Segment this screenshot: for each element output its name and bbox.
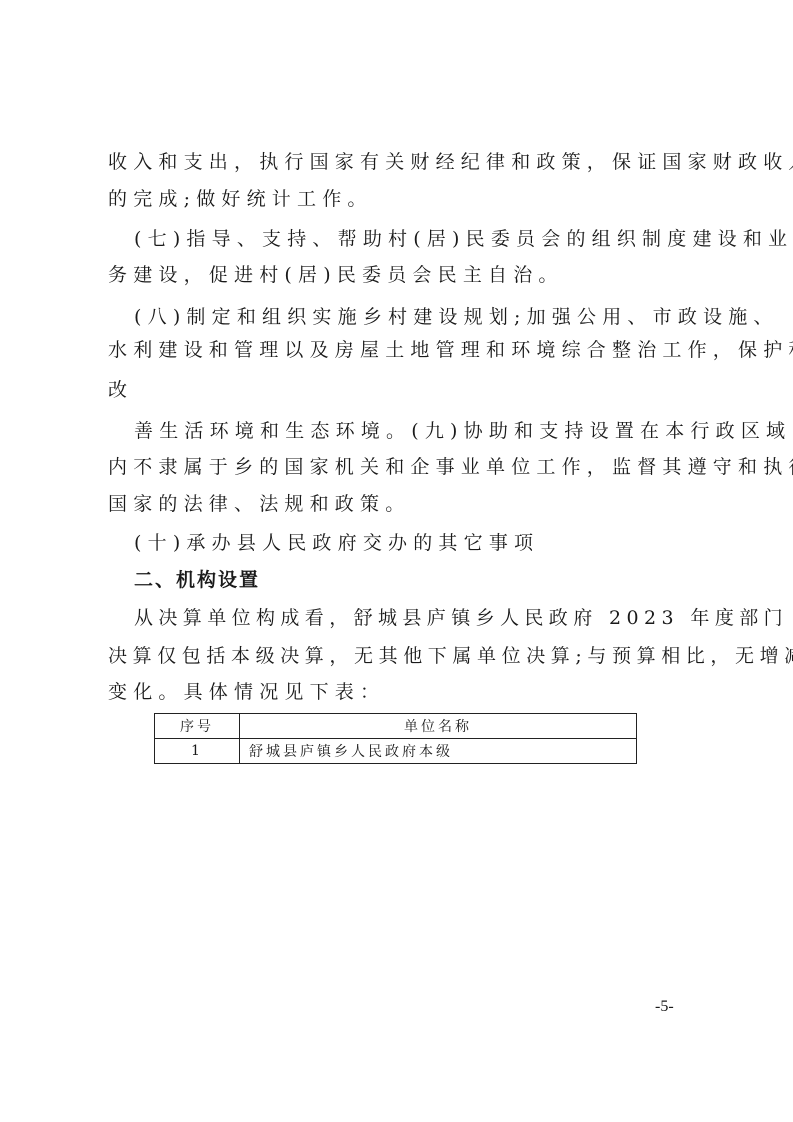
paragraph-line-item-10: (十)承办县人民政府交办的其它事项 <box>134 530 724 556</box>
paragraph-line: 改 <box>108 377 698 403</box>
section-paragraph-line: 决算仅包括本级决算，无其他下属单位决算;与预算相比，无增减 <box>108 643 698 669</box>
paragraph-line: 内不隶属于乡的国家机关和企事业单位工作，监督其遵守和执行 <box>108 454 698 480</box>
paragraph-line-item-7: (七)指导、支持、帮助村(居)民委员会的组织制度建设和业 <box>134 226 724 252</box>
paragraph-line-item-9: 善生活环境和生态环境。(九)协助和支持设置在本行政区域 <box>134 418 724 444</box>
paragraph-line: 务建设，促进村(居)民委员会民主自治。 <box>108 262 698 288</box>
paragraph-line: 收入和支出，执行国家有关财经纪律和政策，保证国家财政收入 <box>108 149 698 175</box>
cell-serial: 1 <box>155 739 240 764</box>
document-page: 收入和支出，执行国家有关财经纪律和政策，保证国家财政收入 的完成;做好统计工作。… <box>0 0 793 1122</box>
paragraph-line: 的完成;做好统计工作。 <box>108 186 698 212</box>
table-row: 1 舒城县庐镇乡人民政府本级 <box>155 739 637 764</box>
paragraph-line: 国家的法律、法规和政策。 <box>108 491 698 517</box>
table-header-row: 序号 单位名称 <box>155 714 637 739</box>
section-paragraph-line: 变化。具体情况见下表： <box>108 679 698 705</box>
column-header-unit-name: 单位名称 <box>240 714 637 739</box>
section-paragraph-line: 从决算单位构成看，舒城县庐镇乡人民政府 2023 年度部门 <box>134 605 724 631</box>
cell-unit-name: 舒城县庐镇乡人民政府本级 <box>240 739 637 764</box>
paragraph-line: 水利建设和管理以及房屋土地管理和环境综合整治工作，保护和 <box>108 337 698 363</box>
paragraph-line-item-8: (八)制定和组织实施乡村建设规划;加强公用、市政设施、 <box>134 304 724 330</box>
unit-table: 序号 单位名称 1 舒城县庐镇乡人民政府本级 <box>154 713 637 764</box>
page-number: -5- <box>655 998 674 1016</box>
section-heading: 二、机构设置 <box>134 567 260 593</box>
column-header-serial: 序号 <box>155 714 240 739</box>
